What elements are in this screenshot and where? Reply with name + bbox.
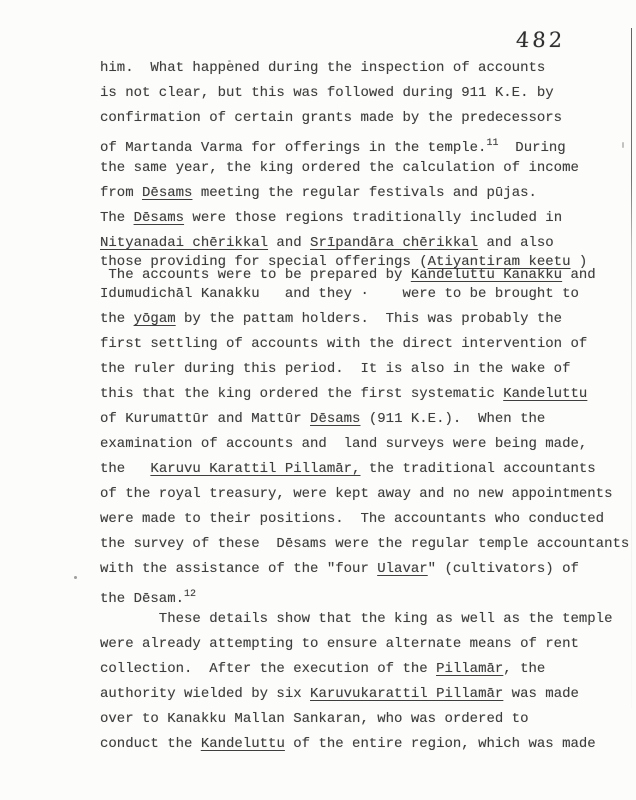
text-line-23: the Dēsam.12: [100, 582, 600, 607]
text-segment: , the: [503, 661, 545, 677]
text-segment: the Dēsam.: [100, 591, 184, 607]
text-line-22: with the assistance of the "four Ulavar"…: [100, 557, 600, 582]
text-segment: confirmation of certain grants made by t…: [100, 110, 562, 126]
text-line-17: examination of accounts and land surveys…: [100, 432, 600, 457]
text-line-15: this that the king ordered the first sys…: [100, 382, 600, 407]
text-line-7: The Dēsams were those regions traditiona…: [100, 206, 600, 231]
text-line-4: of Martanda Varma for offerings in the t…: [100, 131, 600, 156]
text-segment: During: [498, 140, 565, 156]
text-line-6: from Dēsams meeting the regular festival…: [100, 181, 600, 206]
footnote-reference: 11: [486, 138, 498, 149]
text-line-14: the ruler during this period. It is also…: [100, 357, 600, 382]
body-text: him. What happened during the inspection…: [100, 56, 600, 757]
text-line-3: confirmation of certain grants made by t…: [100, 106, 600, 131]
underlined-term: Nityanadai chērikkal: [100, 235, 268, 251]
text-segment: were already attempting to ensure altern…: [100, 636, 579, 652]
text-segment: " (cultivators) of: [428, 561, 579, 577]
text-segment: were those regions traditionally include…: [184, 210, 562, 226]
text-line-28: over to Kanakku Mallan Sankaran, who was…: [100, 707, 600, 732]
text-segment: is not clear, but this was followed duri…: [100, 85, 554, 101]
stray-ink-mark: [622, 142, 624, 148]
text-segment: The accounts were to be prepared by: [100, 267, 411, 283]
text-line-8: Nityanadai chērikkal and Srīpandāra chēr…: [100, 231, 600, 256]
text-segment: by the pattam holders. This was probably…: [176, 311, 562, 327]
text-segment: the ruler during this period. It is also…: [100, 361, 570, 377]
text-segment: him. What happened during the inspection…: [100, 60, 545, 76]
text-line-27: authority wielded by six Karuvukarattil …: [100, 682, 600, 707]
text-segment: the: [100, 461, 150, 477]
underlined-term: Dēsams: [134, 210, 184, 226]
text-segment: The: [100, 210, 134, 226]
text-segment: over to Kanakku Mallan Sankaran, who was…: [100, 711, 528, 727]
text-line-16: of Kurumattūr and Mattūr Dēsams (911 K.E…: [100, 407, 600, 432]
text-line-1: him. What happened during the inspection…: [100, 56, 600, 81]
text-segment: meeting the regular festivals and pūjas.: [192, 185, 536, 201]
text-line-21: the survey of these Dēsams were the regu…: [100, 532, 600, 557]
text-line-10: The accounts were to be prepared by Kand…: [100, 269, 600, 282]
text-segment: Idumudichāl Kanakku and they · were to b…: [100, 286, 579, 302]
underlined-term: Srīpandāra chērikkal: [310, 235, 478, 251]
underlined-term: Dēsams: [142, 185, 192, 201]
text-line-29: conduct the Kandeluttu of the entire reg…: [100, 732, 600, 757]
text-segment: authority wielded by six: [100, 686, 310, 702]
footnote-reference: 12: [184, 589, 196, 600]
text-segment: from: [100, 185, 142, 201]
text-segment: of the royal treasury, were kept away an…: [100, 486, 612, 502]
text-segment: (911 K.E.). When the: [360, 411, 545, 427]
text-segment: of Kurumattūr and Mattūr: [100, 411, 310, 427]
text-line-2: is not clear, but this was followed duri…: [100, 81, 600, 106]
text-line-24: These details show that the king as well…: [100, 607, 600, 632]
text-segment: and also: [478, 235, 554, 251]
text-segment: were made to their positions. The accoun…: [100, 511, 604, 527]
page-number: 482: [515, 28, 565, 52]
text-segment: collection. After the execution of the: [100, 661, 436, 677]
text-segment: the survey of these Dēsams were the regu…: [100, 536, 629, 552]
scanned-document-page: 482 him. What happened during the inspec…: [0, 0, 636, 800]
text-segment: These details show that the king as well…: [100, 611, 612, 627]
text-segment: of Martanda Varma for offerings in the t…: [100, 140, 486, 156]
underlined-term: Dēsams: [310, 411, 360, 427]
scan-edge-artifact: [631, 28, 632, 708]
text-segment: the traditional accountants: [360, 461, 595, 477]
text-segment: of the entire region, which was made: [285, 736, 596, 752]
underlined-term: Karuvukarattil Pillamār: [310, 686, 503, 702]
text-segment: this that the king ordered the first sys…: [100, 386, 503, 402]
underlined-term: Kandeluttu: [201, 736, 285, 752]
text-line-20: were made to their positions. The accoun…: [100, 507, 600, 532]
underlined-term: Kandeluttu: [503, 386, 587, 402]
underlined-term: yōgam: [134, 311, 176, 327]
stray-ink-mark: [74, 576, 77, 579]
text-segment: the: [100, 311, 134, 327]
underlined-term: Karuvu Karattil Pillamār,: [150, 461, 360, 477]
underlined-term: Pillamār: [436, 661, 503, 677]
underlined-term: Ulavar: [377, 561, 427, 577]
text-line-26: collection. After the execution of the P…: [100, 657, 600, 682]
text-line-19: of the royal treasury, were kept away an…: [100, 482, 600, 507]
text-segment: was made: [503, 686, 579, 702]
text-line-11: Idumudichāl Kanakku and they · were to b…: [100, 282, 600, 307]
text-line-5: the same year, the king ordered the calc…: [100, 156, 600, 181]
text-segment: and: [562, 267, 596, 283]
text-segment: first settling of accounts with the dire…: [100, 336, 587, 352]
text-segment: the same year, the king ordered the calc…: [100, 160, 579, 176]
text-line-12: the yōgam by the pattam holders. This wa…: [100, 307, 600, 332]
text-line-18: the Karuvu Karattil Pillamār, the tradit…: [100, 457, 600, 482]
text-segment: and: [268, 235, 310, 251]
text-segment: conduct the: [100, 736, 201, 752]
text-segment: with the assistance of the "four: [100, 561, 377, 577]
text-segment: examination of accounts and land surveys…: [100, 436, 587, 452]
underlined-term: Kandeluttu Kanakku: [411, 267, 562, 283]
text-line-13: first settling of accounts with the dire…: [100, 332, 600, 357]
text-line-25: were already attempting to ensure altern…: [100, 632, 600, 657]
